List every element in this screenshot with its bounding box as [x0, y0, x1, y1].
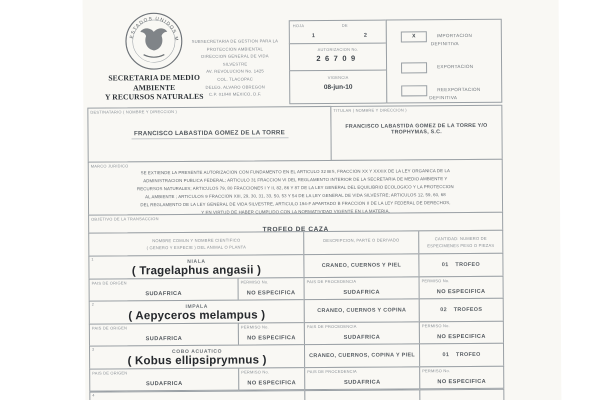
pais-procedencia-value: SUDAFRICA — [305, 379, 419, 386]
mexico-coat-of-arms-seal: ESTADOS UNIDOS MEXICANOS — [123, 10, 185, 72]
importacion-label-2: DEFINITIVA — [431, 41, 459, 46]
permiso-label: PERMISO No. — [241, 324, 269, 329]
species-cell: 3 COBO ACUATICO ( Kobus ellipsiprymnus ) — [89, 344, 305, 370]
destinatario-value: FRANCISCO LABASTIDA GOMEZ DE LA TORRE — [131, 129, 288, 139]
importacion-checkbox: X — [401, 31, 427, 42]
permiso-label: PERMISO No. — [241, 279, 269, 284]
hoja-total: 2 — [364, 33, 367, 39]
pais-procedencia-value: SUDAFRICA — [305, 289, 419, 296]
row-number: 4 — [92, 394, 94, 398]
pais-origen-cell: PAIS DE ORIGEN SUDAFRICA — [89, 278, 239, 302]
permiso-procedencia-cell: PERMISO No. NO ESPECIFICA — [419, 366, 504, 390]
permiso-procedencia-cell: PERMISO No. NO ESPECIFICA — [419, 321, 504, 345]
address-line: C.P. 01040 MEXICO, D.F. — [189, 90, 281, 98]
marco-juridico-label: MARCO JURIDICO — [91, 163, 129, 168]
permiso-label: PERMISO No. — [422, 368, 450, 373]
header-col-quantity: CANTIDAD: NUMERO DE ESPECIMENES PESO O P… — [418, 230, 503, 255]
quantity-cell: 01 TROFEO — [419, 343, 504, 368]
scientific-name: ( Tragelaphus angasii ) — [89, 264, 303, 277]
pais-origen-label: PAIS DE ORIGEN — [92, 370, 127, 375]
address-line: DIRECCION GENERAL DE VIDA SILVESTRE — [189, 52, 281, 68]
transaction-type-box: X IMPORTACION DEFINITIVA EXPORTACION REE… — [386, 19, 503, 104]
pais-origen-cell: PAIS DE ORIGEN SUDAFRICA — [89, 323, 239, 347]
pais-procedencia-cell: PAIS DE PROCEDENCIA SUDAFRICA — [304, 321, 420, 345]
destinatario-box: DESTINATARIO ( NOMBRE Y DIRECCION ) FRAN… — [87, 106, 331, 163]
pais-origen-cell: PAIS DE ORIGEN SUDAFRICA — [89, 368, 239, 392]
quantity-cell-partial — [419, 389, 504, 400]
eagle-figure — [140, 28, 167, 50]
permiso-procedencia-value: NO ESPECIFICA — [420, 289, 503, 296]
description-text: CRANEO, CUERNOS, COPINA Y PIEL — [305, 352, 419, 359]
header-species-line2: ( GENERO Y ESPECIE ) DEL ANIMAL O PLANTA — [89, 244, 303, 252]
pais-origen-value: SUDAFRICA — [90, 381, 238, 388]
description-cell: CRANEO, CUERNOS Y COPINA — [304, 298, 420, 323]
autorizacion-box: AUTORIZACION No. 26709 — [289, 43, 387, 72]
permiso-procedencia-cell: PERMISO No. NO ESPECIFICA — [419, 276, 504, 300]
header-quantity-line2: ESPECIMENES PESO O PIEZAS — [419, 242, 502, 249]
hoja-current: 1 — [312, 33, 315, 39]
description-cell: CRANEO, CUERNOS, COPINA Y PIEL — [304, 343, 420, 368]
hoja-label: HOJA — [293, 23, 305, 28]
scientific-name: ( Aepyceros melampus ) — [90, 309, 304, 322]
destinatario-label: DESTINATARIO ( NOMBRE Y DIRECCION ) — [90, 109, 177, 115]
document-scan: ESTADOS UNIDOS MEXICANOS SECRETARIA DE M… — [83, 0, 562, 400]
pais-origen-value: SUDAFRICA — [90, 336, 238, 343]
marco-juridico-box: MARCO JURIDICO SE EXTIENDE LA PRESENTE A… — [88, 159, 503, 216]
pais-origen-value: SUDAFRICA — [90, 291, 238, 298]
importacion-label: IMPORTACION — [437, 33, 472, 38]
pais-procedencia-cell: PAIS DE PROCEDENCIA SUDAFRICA — [304, 276, 420, 300]
exportacion-label: EXPORTACION — [437, 63, 473, 71]
quantity-text: 02 TROFEOS — [420, 307, 503, 314]
titular-label: TITULAR ( NOMBRE Y DIRECCION ) — [333, 107, 406, 113]
header-col-description: DESCRIPCION, PARTE O DERIVADO — [303, 230, 419, 255]
permiso-origen-value: NO ESPECIFICA — [239, 335, 304, 341]
hoja-box: HOJA DE 1 2 — [289, 20, 387, 45]
titular-value: FRANCISCO LABASTIDA GOMEZ DE LA TORRE Y/… — [331, 123, 501, 137]
permiso-origen-cell: PERMISO No. NO ESPECIFICA — [238, 367, 305, 390]
species-cell: 1 NIALA ( Tragelaphus angasii ) — [88, 254, 304, 280]
reexportacion-label-2: DEFINITIVA — [429, 95, 457, 100]
quantity-cell: 01 TROFEO — [418, 253, 503, 278]
scientific-name: ( Kobus ellipsiprymnus ) — [90, 354, 304, 367]
description-cell: CRANEO, CUERNOS Y PIEL — [303, 253, 419, 278]
description-cell-partial — [304, 389, 420, 400]
scanned-document-page: { "colors": { "page-bg": "#f9f8f4", "bor… — [0, 0, 600, 400]
permiso-procedencia-value: NO ESPECIFICA — [420, 379, 503, 386]
agency-address-block: SUBSECRETARIA DE GESTION PARA LA PROTECC… — [189, 37, 281, 98]
pais-origen-label: PAIS DE ORIGEN — [92, 280, 127, 285]
pais-procedencia-label: PAIS DE PROCEDENCIA — [307, 324, 357, 329]
header-description: DESCRIPCION, PARTE O DERIVADO — [304, 237, 418, 244]
pais-procedencia-label: PAIS DE PROCEDENCIA — [307, 279, 357, 284]
permiso-origen-value: NO ESPECIFICA — [239, 290, 304, 296]
description-text: CRANEO, CUERNOS Y COPINA — [305, 307, 419, 314]
permiso-label: PERMISO No. — [422, 323, 450, 328]
permiso-label: PERMISO No. — [422, 278, 450, 283]
permiso-label: PERMISO No. — [241, 369, 269, 374]
titular-box: TITULAR ( NOMBRE Y DIRECCION ) FRANCISCO… — [330, 105, 502, 161]
autorizacion-number: 26709 — [290, 54, 386, 64]
autorizacion-label: AUTORIZACION No. — [290, 47, 386, 53]
permiso-origen-cell: PERMISO No. NO ESPECIFICA — [238, 322, 305, 345]
address-line: SUBSECRETARIA DE GESTION PARA LA — [189, 37, 281, 45]
quantity-cell: 02 TROFEOS — [419, 298, 504, 323]
permiso-origen-value: NO ESPECIFICA — [239, 380, 304, 386]
permiso-procedencia-value: NO ESPECIFICA — [420, 334, 503, 341]
pais-origen-label: PAIS DE ORIGEN — [92, 325, 127, 330]
species-cell-partial: 4 — [89, 390, 305, 400]
hoja-de-label: DE — [342, 23, 348, 28]
reexportacion-label: REEXPORTACION — [437, 87, 480, 92]
pais-procedencia-cell: PAIS DE PROCEDENCIA SUDAFRICA — [304, 366, 420, 390]
exportacion-checkbox — [401, 62, 427, 73]
species-cell: 2 IMPALA ( Aepyceros melampus ) — [89, 299, 305, 325]
permiso-origen-cell: PERMISO No. NO ESPECIFICA — [238, 277, 305, 300]
reexportacion-checkbox — [401, 85, 427, 96]
description-text: CRANEO, CUERNOS Y PIEL — [304, 262, 418, 269]
vigencia-label: VIGENCIA — [290, 75, 386, 81]
vigencia-box: VIGENCIA 08-jun-10 — [289, 70, 387, 105]
header-col-species: NOMBRE COMUN Y NOMBRE CIENTIFICO ( GENER… — [88, 231, 304, 257]
vigencia-value: 08-jun-10 — [290, 84, 386, 92]
pais-procedencia-label: PAIS DE PROCEDENCIA — [307, 369, 357, 374]
pais-procedencia-value: SUDAFRICA — [305, 334, 419, 341]
quantity-text: 01 TROFEO — [419, 262, 502, 269]
quantity-text: 01 TROFEO — [420, 352, 503, 359]
